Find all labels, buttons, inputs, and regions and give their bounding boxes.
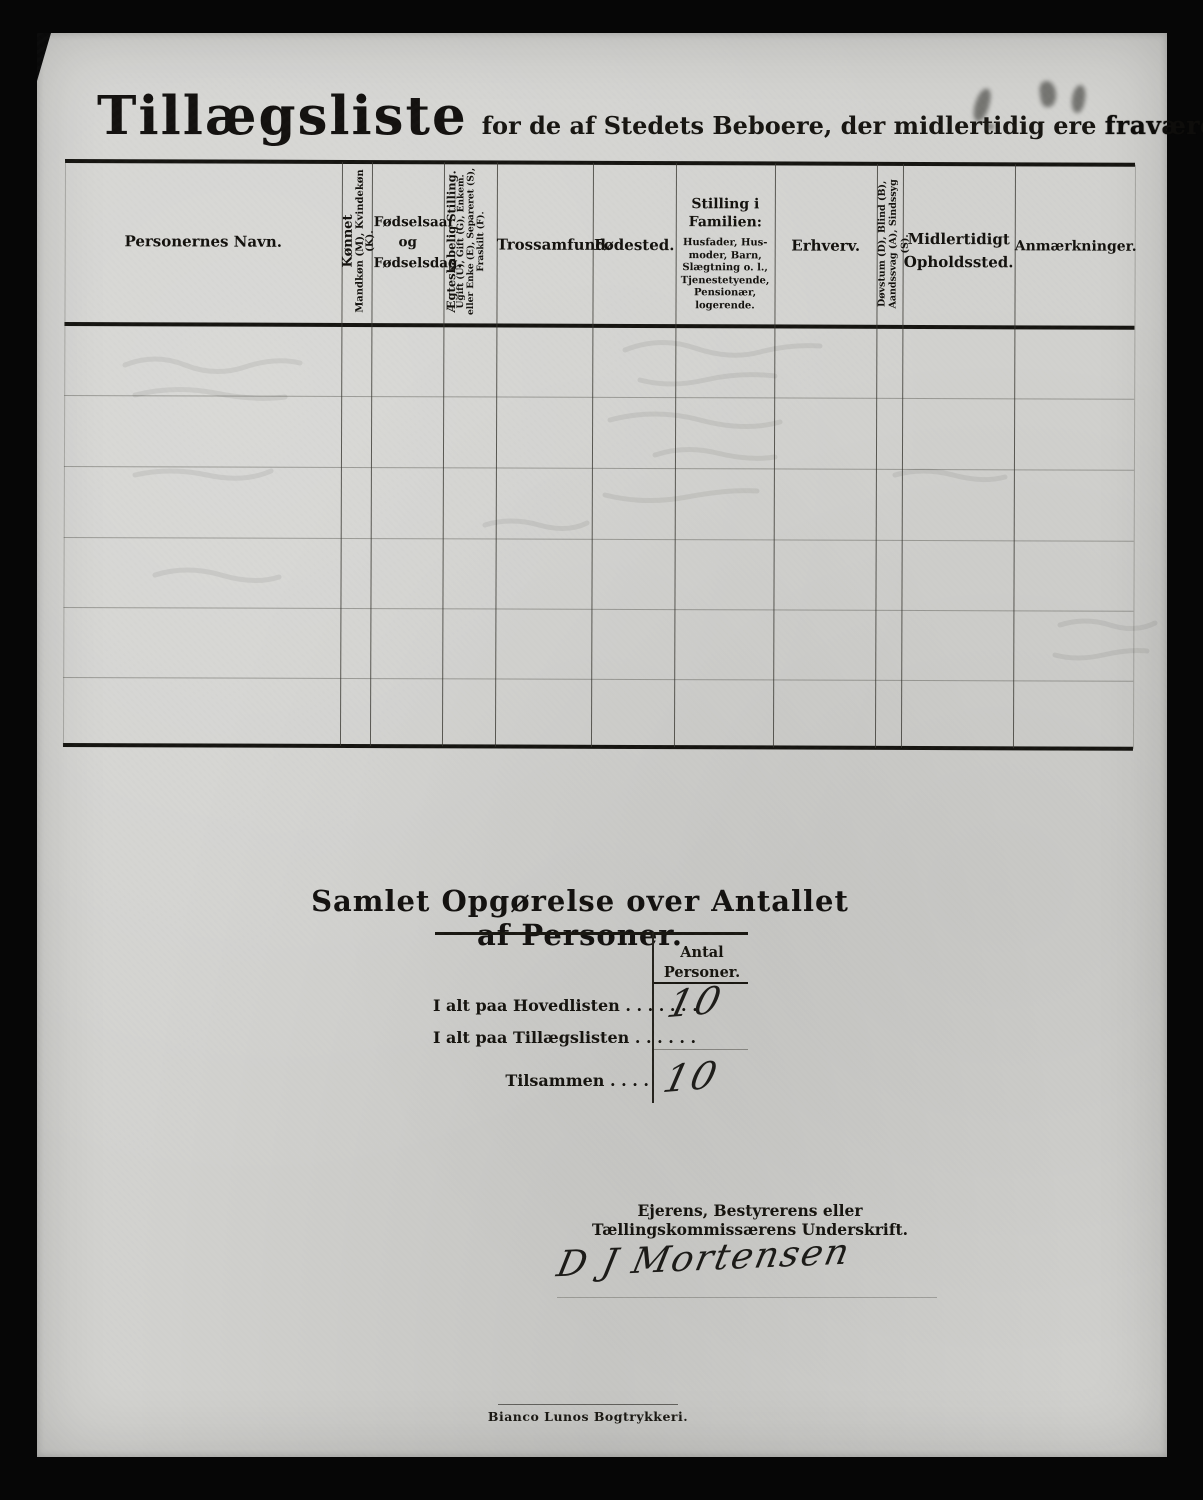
printer-rule <box>498 1404 678 1405</box>
signature-caption: Ejerens, Bestyrerens eller Tællingskommi… <box>550 1201 950 1239</box>
column-header-personernes-navn: Personernes Navn. <box>65 233 342 252</box>
column-header-foedested: Fødested. <box>593 237 676 255</box>
column-header-stilling-i-familien: Stilling i Familien: Husfader, Hus­moder… <box>675 195 774 313</box>
summary-row-tilsammen-label: Tilsammen . . . . <box>433 1071 649 1090</box>
summary-row-tilsammen-value: 10 <box>659 1053 723 1101</box>
signature-baseline <box>557 1297 937 1298</box>
scanned-census-page: Tillægslistefor de af Stedets Beboere, d… <box>0 0 1203 1500</box>
column-header-trossamfund: Trossamfund. <box>497 237 593 255</box>
summary-row-hovedlisten-label: I alt paa Hovedlisten . . . . . . . <box>433 996 698 1015</box>
column-header-stilling-title: Stilling i Familien: <box>676 195 775 232</box>
row-separator <box>63 607 1133 612</box>
column-header-foedselsaar: Fødselsaar og Fødselsdag. <box>374 212 442 273</box>
summary-heading: Samlet Opgørelse over Antallet af Person… <box>300 884 860 952</box>
summary-column-header: Antal Personer. <box>658 943 746 982</box>
column-header-koennet: Kønnet Mandkøn (M), Kvindekøn (K). <box>341 166 372 316</box>
row-separator <box>64 466 1134 471</box>
column-header-doevstum: Døvstum (D), Blind (B), Aands­svag (A), … <box>876 169 903 319</box>
signature-handwriting: D J Mortensen <box>553 1232 854 1286</box>
row-separator <box>64 395 1134 400</box>
column-header-koennet-title: Kønnet <box>341 166 355 316</box>
row-separator <box>64 537 1134 542</box>
summary-total-rule <box>654 1049 748 1050</box>
column-header-midlertidigt-opholdssted: Midlertidigt Opholdssted. <box>903 228 1015 275</box>
column-header-stilling-sub: Husfader, Hus­moder, Barn, Slægtning o. … <box>675 238 774 313</box>
column-header-anmaerkninger: Anmærkninger. <box>1015 238 1135 255</box>
row-separator <box>63 677 1133 682</box>
printer-imprint: Bianco Lunos Bogtrykkeri. <box>448 1409 728 1424</box>
table-header-bottom-rule <box>64 322 1134 330</box>
column-header-aegteskabelig-stilling: Ægteskabelig Stilling. Ugift (U), Gift (… <box>445 166 496 317</box>
table-top-rule <box>65 159 1135 167</box>
census-table: Personernes Navn. Kønnet Mandkøn (M), Kv… <box>35 33 1168 797</box>
summary-vertical-rule <box>652 932 654 1103</box>
table-bottom-rule <box>63 743 1133 751</box>
column-header-aegteskabelig-sub: Ugift (U), Gift (G), Enkem. eller Enke (… <box>457 166 487 317</box>
summary-top-rule <box>435 932 748 935</box>
column-header-erhverv: Erhverv. <box>775 237 877 255</box>
paper-sheet: Tillægslistefor de af Stedets Beboere, d… <box>37 33 1167 1457</box>
summary-row-tillaegslisten-label: I alt paa Tillægslisten . . . . . . <box>433 1028 696 1047</box>
summary-row-hovedlisten-value: 10 <box>663 978 727 1026</box>
